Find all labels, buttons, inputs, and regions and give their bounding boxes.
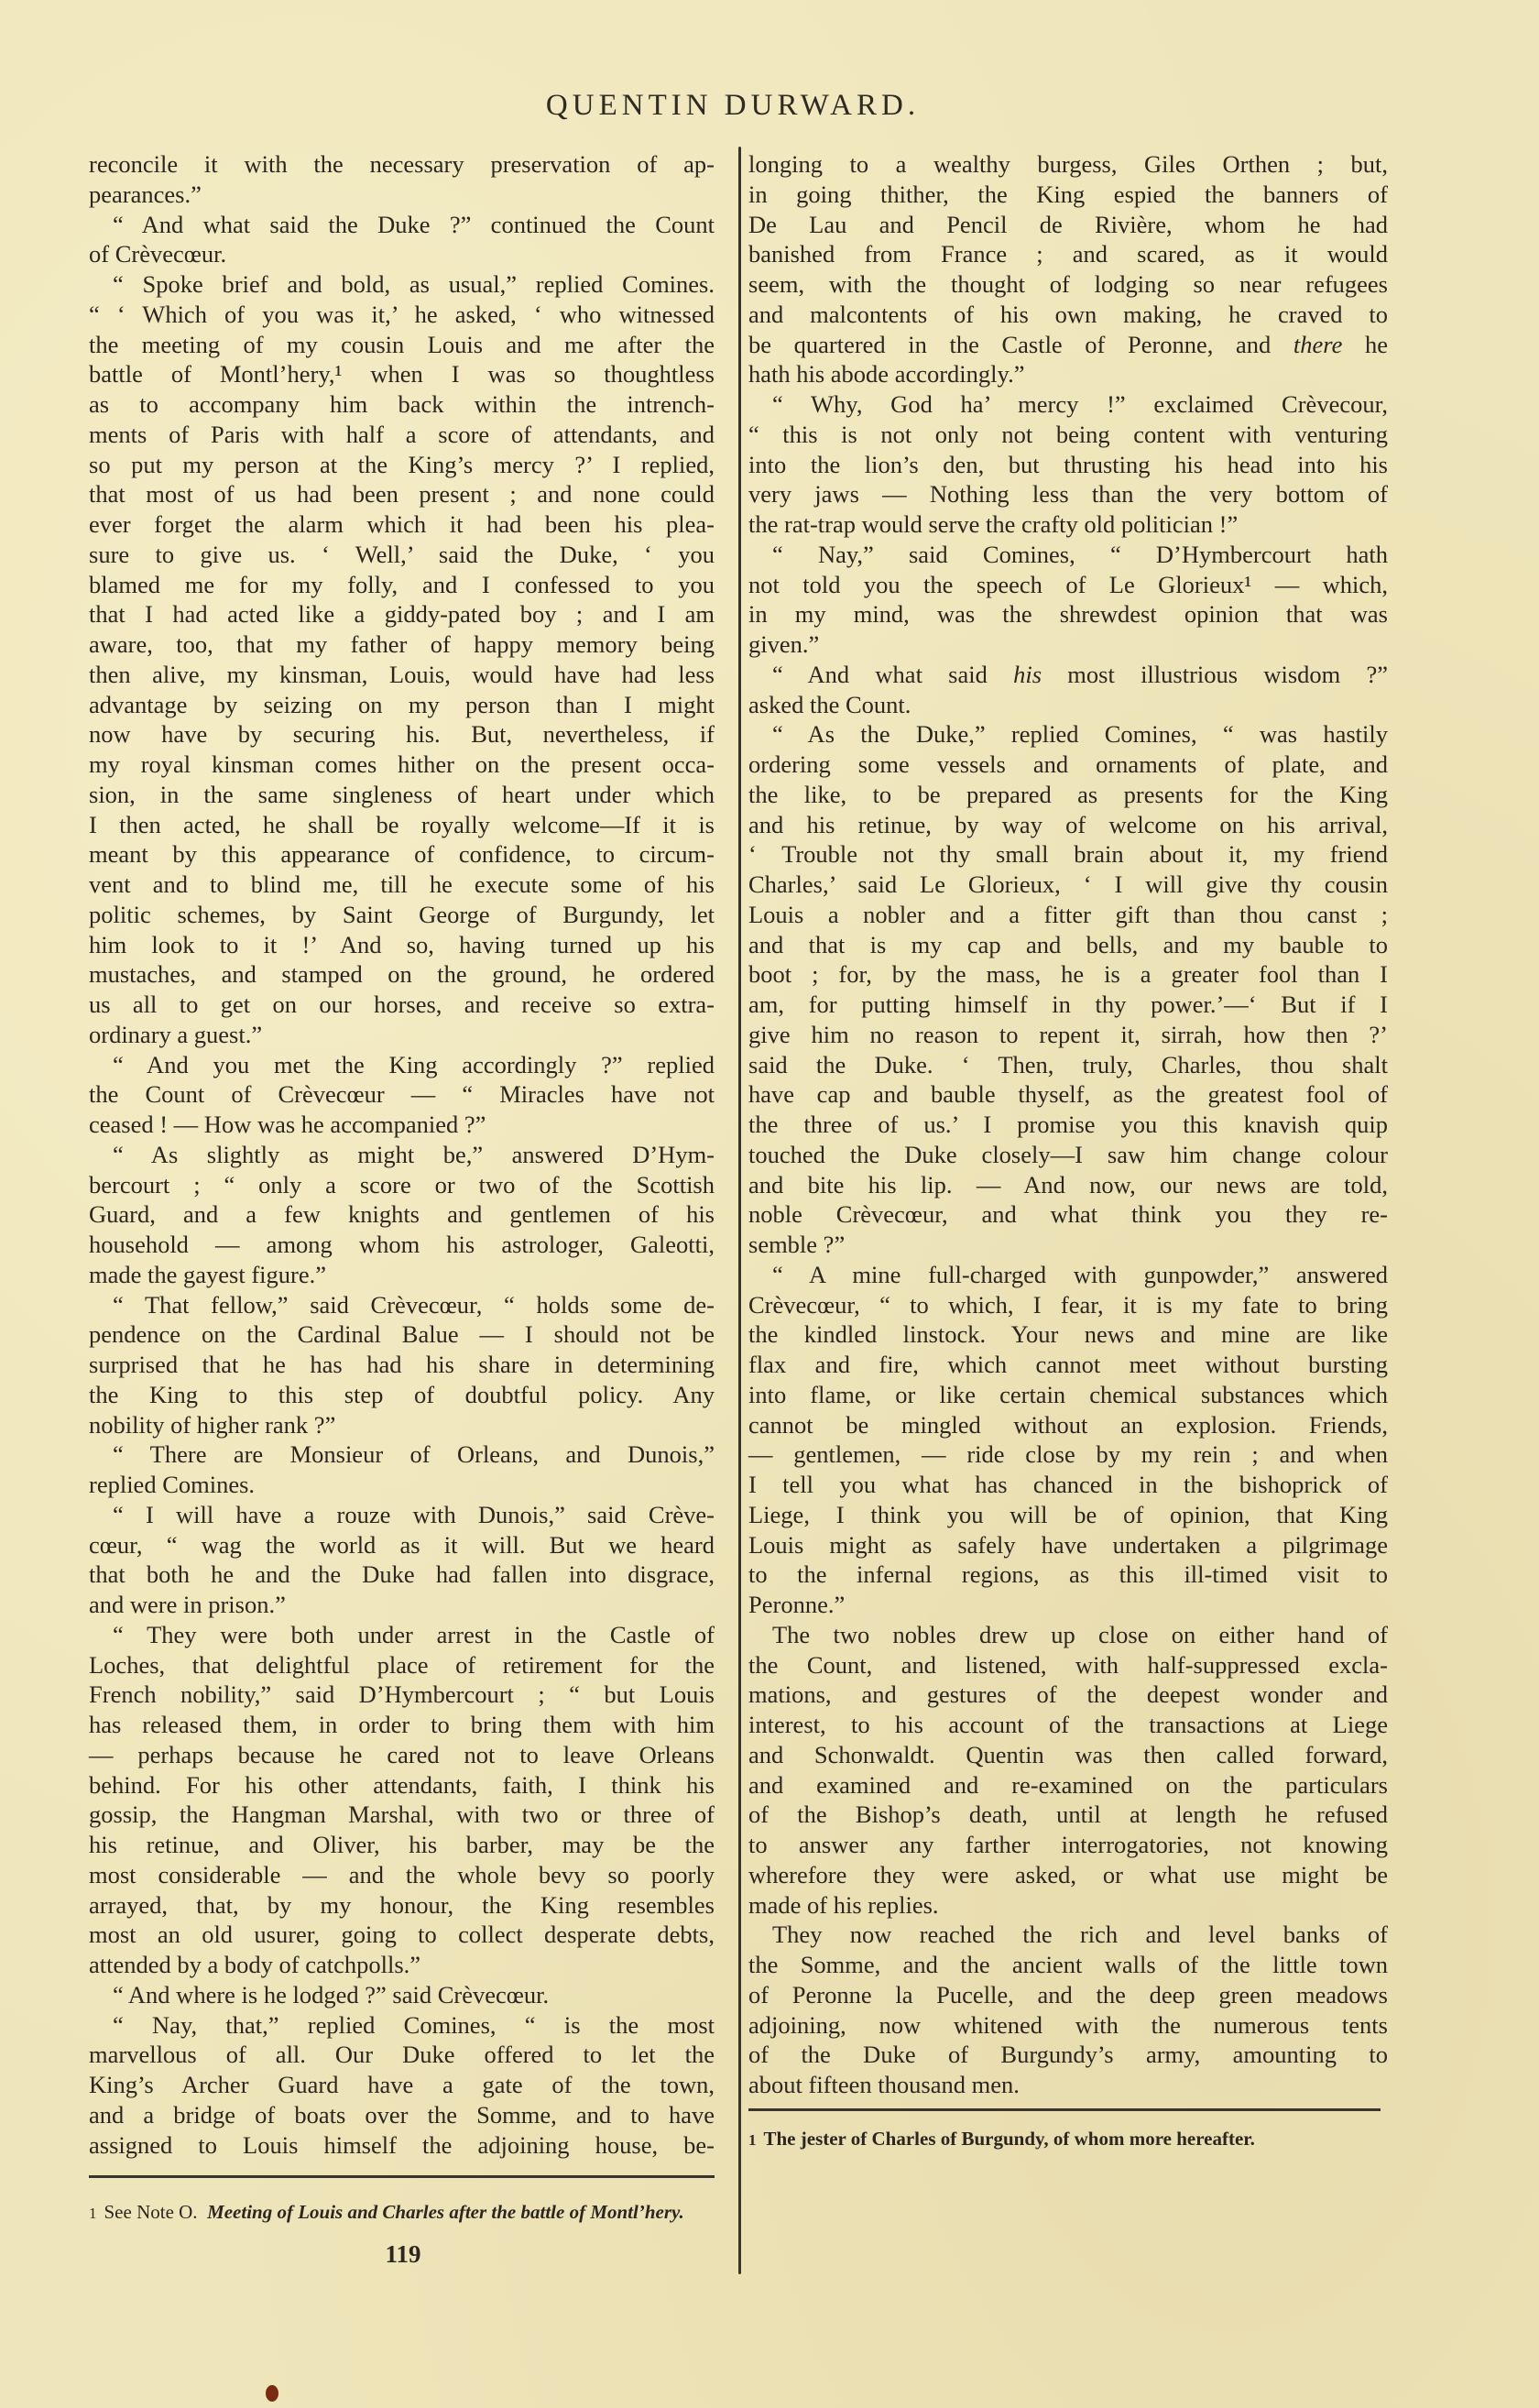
footnote-rule-left: [89, 2175, 715, 2178]
text-line: and were in prison.”: [89, 1590, 715, 1620]
text-line: and Schonwaldt. Quentin was then called …: [748, 1740, 1388, 1770]
text-line: and that is my cap and bells, and my bau…: [748, 930, 1388, 960]
text-line: They now reached the rich and level bank…: [748, 1920, 1388, 1950]
text-line: of the Duke of Burgundy’s army, amountin…: [748, 2040, 1388, 2070]
text-line: flax and fire, which cannot meet without…: [748, 1350, 1388, 1380]
footnote-text: The jester of Charles of Burgundy, of wh…: [764, 2128, 1255, 2150]
text-line: politic schemes, by Saint George of Burg…: [89, 900, 715, 930]
text-line: the three of us.’ I promise you this kna…: [748, 1110, 1388, 1140]
text-line: Peronne.”: [748, 1590, 1388, 1620]
running-head: QUENTIN DURWARD.: [0, 89, 1466, 123]
text-line: Charles,’ said Le Glorieux, ‘ I will giv…: [748, 870, 1388, 900]
emphasis: there: [1293, 331, 1342, 358]
text-line: vent and to blind me, till he execute so…: [89, 870, 715, 900]
text-line: “ Nay,” said Comines, “ D’Hymbercourt ha…: [748, 540, 1388, 570]
text-line: “ And where is he lodged ?” said Crèvecœ…: [89, 1980, 715, 2010]
text-line: wherefore they were asked, or what use m…: [748, 1860, 1388, 1890]
text-line: that both he and the Duke had fallen int…: [89, 1560, 715, 1590]
text-line: sure to give us. ‘ Well,’ said the Duke,…: [89, 540, 715, 570]
text-line: give him no reason to repent it, sirrah,…: [748, 1020, 1388, 1050]
text-line: advantage by seizing on my person than I…: [89, 690, 715, 720]
footnote-number: 1: [748, 2131, 757, 2149]
text-line: given.”: [748, 629, 1388, 660]
text-line: adjoining, now whitened with the numerou…: [748, 2010, 1388, 2041]
text-line: behind. For his other attendants, faith,…: [89, 1770, 715, 1801]
column-divider: [738, 147, 741, 2274]
paper-stain: [266, 2385, 278, 2402]
text-line: boot ; for, by the mass, he is a greater…: [748, 959, 1388, 990]
text-line: the Count, and listened, with half-suppr…: [748, 1650, 1388, 1680]
page-number: 119: [357, 2240, 449, 2269]
text-line: and a bridge of boats over the Somme, an…: [89, 2100, 715, 2130]
text-line: Guard, and a few knights and gentlemen o…: [89, 1199, 715, 1230]
text-line: made of his replies.: [748, 1890, 1388, 1921]
footnote-left: 1See Note O. Meeting of Louis and Charle…: [89, 2199, 715, 2227]
text-line: seem, with the thought of lodging so nea…: [748, 269, 1388, 300]
text-line: ever forget the alarm which it had been …: [89, 509, 715, 540]
left-column: reconcile it with the necessary preserva…: [89, 149, 715, 2160]
text-line: the Somme, and the ancient walls of the …: [748, 1950, 1388, 1980]
text-line: ‘ Trouble not thy small brain about it, …: [748, 839, 1388, 870]
text-line: to answer any farther interrogatories, n…: [748, 1830, 1388, 1860]
text-line: arrayed, that, by my honour, the King re…: [89, 1890, 715, 1921]
text-line: “ I will have a rouze with Dunois,” said…: [89, 1500, 715, 1530]
text-line: not told you the speech of Le Glorieux¹ …: [748, 570, 1388, 600]
text-line: “ Nay, that,” replied Comines, “ is the …: [89, 2010, 715, 2041]
text-line: “ Why, God ha’ mercy !” exclaimed Crèvec…: [748, 389, 1388, 420]
text-line: of the Bishop’s death, until at length h…: [748, 1800, 1388, 1830]
text-line: as to accompany him back within the intr…: [89, 389, 715, 420]
right-column: longing to a wealthy burgess, Giles Orth…: [748, 149, 1388, 2100]
text-line: sion, in the same singleness of heart un…: [89, 780, 715, 810]
text-line: — perhaps because he cared not to leave …: [89, 1740, 715, 1770]
footnote-italic-title: Meeting of Louis and Charles after the b…: [207, 2201, 684, 2223]
text-line: asked the Count.: [748, 690, 1388, 720]
text-line: into the lion’s den, but thrusting his h…: [748, 450, 1388, 480]
text-line: bercourt ; “ only a score or two of the …: [89, 1170, 715, 1200]
text-line: blamed me for my folly, and I confessed …: [89, 570, 715, 600]
footnote-right: 1The jester of Charles of Burgundy, of w…: [748, 2126, 1390, 2153]
text-line: most considerable — and the whole bevy s…: [89, 1860, 715, 1890]
text-line: the rat-trap would serve the crafty old …: [748, 509, 1388, 540]
text-line: touched the Duke closely—I saw him chang…: [748, 1140, 1388, 1170]
text-line: banished from France ; and scared, as it…: [748, 239, 1388, 269]
text-line: that most of us had been present ; and n…: [89, 479, 715, 509]
text-line: him look to it !’ And so, having turned …: [89, 930, 715, 960]
text-line: said the Duke. ‘ Then, truly, Charles, t…: [748, 1050, 1388, 1080]
text-line: semble ?”: [748, 1230, 1388, 1260]
text-line: cannot be mingled without an explosion. …: [748, 1410, 1388, 1440]
text-line: nobility of higher rank ?”: [89, 1410, 715, 1440]
text-line: Louis a nobler and a fitter gift than th…: [748, 900, 1388, 930]
text-line: and his retinue, by way of welcome on hi…: [748, 810, 1388, 840]
text-line: the meeting of my cousin Louis and me af…: [89, 330, 715, 360]
text-line: battle of Montl’hery,¹ when I was so tho…: [89, 359, 715, 389]
text-line: “ Spoke brief and bold, as usual,” repli…: [89, 269, 715, 300]
text-line: most an old usurer, going to collect des…: [89, 1920, 715, 1950]
text-line: us all to get on our horses, and receive…: [89, 990, 715, 1020]
text-line: mations, and gestures of the deepest won…: [748, 1680, 1388, 1710]
text-line: I then acted, he shall be royally welcom…: [89, 810, 715, 840]
footnote-prefix: See Note O.: [104, 2201, 198, 2223]
text-line: The two nobles drew up close on either h…: [748, 1620, 1388, 1650]
text-line: his retinue, and Oliver, his barber, may…: [89, 1830, 715, 1860]
text-line: ordering some vessels and ornaments of p…: [748, 750, 1388, 780]
text-line: attended by a body of catchpolls.”: [89, 1950, 715, 1980]
text-line: replied Comines.: [89, 1470, 715, 1500]
text-line: mustaches, and stamped on the ground, he…: [89, 959, 715, 990]
text-line: the King to this step of doubtful policy…: [89, 1380, 715, 1410]
text-line: surprised that he has had his share in d…: [89, 1350, 715, 1380]
text-line: my royal kinsman comes hither on the pre…: [89, 750, 715, 780]
text-line: “ this is not only not being content wit…: [748, 420, 1388, 450]
text-line: — gentlemen, — ride close by my rein ; a…: [748, 1439, 1388, 1470]
text-line: Louis might as safely have undertaken a …: [748, 1530, 1388, 1560]
text-line: gossip, the Hangman Marshal, with two or…: [89, 1800, 715, 1830]
text-line: the like, to be prepared as presents for…: [748, 780, 1388, 810]
text-line: “ And what said the Duke ?” continued th…: [89, 210, 715, 240]
text-line: and bite his lip. — And now, our news ar…: [748, 1170, 1388, 1200]
text-line: “ And what said his most illustrious wis…: [748, 660, 1388, 690]
text-line: “ As the Duke,” replied Comines, “ was h…: [748, 719, 1388, 750]
text-line: Liege, I think you will be of opinion, t…: [748, 1500, 1388, 1530]
text-line: meant by this appearance of confidence, …: [89, 839, 715, 870]
text-line: King’s Archer Guard have a gate of the t…: [89, 2070, 715, 2100]
text-line: then alive, my kinsman, Louis, would hav…: [89, 660, 715, 690]
text-line: “ ‘ Which of you was it,’ he asked, ‘ wh…: [89, 300, 715, 330]
text-line: French nobility,” said D’Hymbercourt ; “…: [89, 1680, 715, 1710]
text-line: interest, to his account of the transact…: [748, 1710, 1388, 1740]
text-line: has released them, in order to bring the…: [89, 1710, 715, 1740]
text-line: “ As slightly as might be,” answered D’H…: [89, 1140, 715, 1170]
text-line: and examined and re-examined on the part…: [748, 1770, 1388, 1801]
text-line: noble Crèvecœur, and what think you they…: [748, 1199, 1388, 1230]
text-line: De Lau and Pencil de Rivière, whom he ha…: [748, 210, 1388, 240]
text-line: about fifteen thousand men.: [748, 2070, 1388, 2100]
text-line: so put my person at the King’s mercy ?’ …: [89, 450, 715, 480]
text-line: pendence on the Cardinal Balue — I shoul…: [89, 1319, 715, 1350]
text-line: the kindled linstock. Your news and mine…: [748, 1319, 1388, 1350]
text-line: Crèvecœur, “ to which, I fear, it is my …: [748, 1290, 1388, 1320]
text-line: am, for putting himself in thy power.’—‘…: [748, 990, 1388, 1020]
text-line: have cap and bauble thyself, as the grea…: [748, 1079, 1388, 1110]
text-line: of Crèvecœur.: [89, 239, 715, 269]
text-line: of Peronne la Pucelle, and the deep gree…: [748, 1980, 1388, 2010]
text-line: ments of Paris with half a score of atte…: [89, 420, 715, 450]
footnote-rule-right: [748, 2108, 1381, 2111]
text-line: longing to a wealthy burgess, Giles Orth…: [748, 149, 1388, 180]
text-line: and malcontents of his own making, he cr…: [748, 300, 1388, 330]
text-line: into flame, or like certain chemical sub…: [748, 1380, 1388, 1410]
text-line: ordinary a guest.”: [89, 1020, 715, 1050]
text-line: to the infernal regions, as this ill-tim…: [748, 1560, 1388, 1590]
text-line: household — among whom his astrologer, G…: [89, 1230, 715, 1260]
text-line: pearances.”: [89, 180, 715, 210]
text-line: Loches, that delightful place of retirem…: [89, 1650, 715, 1680]
text-line: made the gayest figure.”: [89, 1260, 715, 1290]
text-line: I tell you what has chanced in the bisho…: [748, 1470, 1388, 1500]
text-line: assigned to Louis himself the adjoining …: [89, 2130, 715, 2161]
text-line: “ A mine full-charged with gunpowder,” a…: [748, 1260, 1388, 1290]
text-line: cœur, “ wag the world as it will. But we…: [89, 1530, 715, 1560]
text-line: that I had acted like a giddy-pated boy …: [89, 599, 715, 629]
text-line: ceased ! — How was he accompanied ?”: [89, 1110, 715, 1140]
emphasis: his: [1013, 661, 1042, 688]
text-line: now have by securing his. But, neverthel…: [89, 719, 715, 750]
text-line: “ There are Monsieur of Orleans, and Dun…: [89, 1439, 715, 1470]
footnote-number: 1: [89, 2205, 97, 2222]
text-line: in my mind, was the shrewdest opinion th…: [748, 599, 1388, 629]
text-line: “ And you met the King accordingly ?” re…: [89, 1050, 715, 1080]
text-line: “ They were both under arrest in the Cas…: [89, 1620, 715, 1650]
text-line: in going thither, the King espied the ba…: [748, 180, 1388, 210]
text-line: reconcile it with the necessary preserva…: [89, 149, 715, 180]
text-line: “ That fellow,” said Crèvecœur, “ holds …: [89, 1290, 715, 1320]
text-line: marvellous of all. Our Duke offered to l…: [89, 2040, 715, 2070]
text-line: aware, too, that my father of happy memo…: [89, 629, 715, 660]
text-line: hath his abode accordingly.”: [748, 359, 1388, 389]
text-line: be quartered in the Castle of Peronne, a…: [748, 330, 1388, 360]
text-line: very jaws — Nothing less than the very b…: [748, 479, 1388, 509]
text-line: the Count of Crèvecœur — “ Miracles have…: [89, 1079, 715, 1110]
